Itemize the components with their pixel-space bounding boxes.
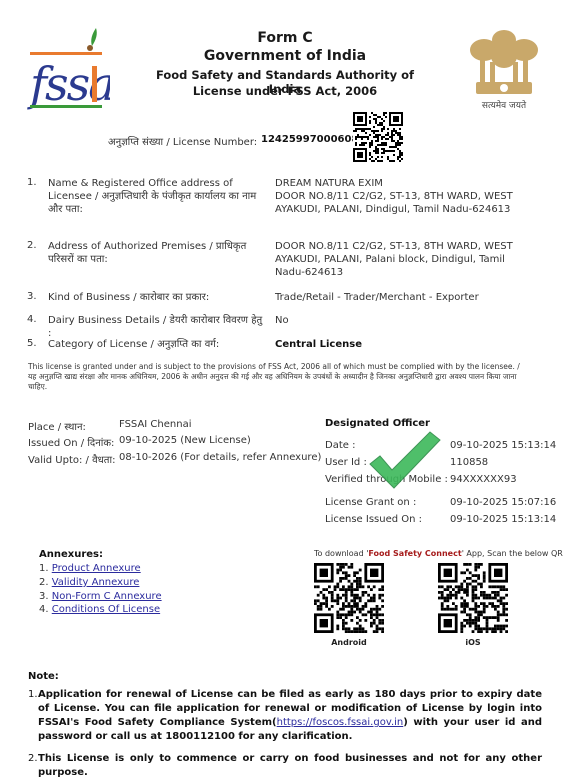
license-number-label: अनुज्ञप्ति संख्या / License Number: [108, 134, 257, 148]
license-conditions-text: This license is granted under and is sub… [28, 362, 528, 392]
item-label-category: Category of License / अनुज्ञप्ति का वर्ग… [48, 338, 263, 351]
item-number: 2. [27, 240, 37, 251]
item-label-licensee: Name & Registered Office address of Lice… [48, 177, 263, 216]
app-download-text: To download 'Food Safety Connect' App, S… [314, 549, 563, 558]
place-value: FSSAI Chennai [119, 419, 191, 430]
officer-date-value: 09-10-2025 15:13:14 [450, 440, 556, 451]
ios-label: iOS [438, 638, 508, 647]
license-number-value: 12425997000608 [261, 134, 358, 145]
license-issued-value: 09-10-2025 15:13:14 [450, 514, 556, 525]
app-download-prefix: To download ' [314, 549, 368, 558]
item-value-dairy: No [275, 314, 520, 327]
designated-officer-title: Designated Officer [325, 418, 430, 429]
government-title: Government of India [140, 48, 430, 64]
annexure-number: 4. [39, 604, 49, 615]
license-qr-code [353, 112, 403, 162]
license-issued-label: License Issued On : [325, 514, 422, 525]
license-grant-label: License Grant on : [325, 497, 416, 508]
product-annexure-link[interactable]: Product Annexure [52, 563, 141, 574]
item-value-premises: DOOR NO.8/11 C2/G2, ST-13, 8TH WARD, WES… [275, 240, 520, 279]
annexure-number: 2. [39, 577, 49, 588]
place-label: Place / स्थान: [28, 419, 86, 433]
fssai-logo: fssa [26, 26, 110, 110]
licensee-name: DREAM NATURA EXIM [275, 177, 520, 190]
item-label-dairy: Dairy Business Details / डेयरी कारोबार व… [48, 314, 263, 340]
verified-checkmark-icon [368, 430, 443, 490]
item-value-category: Central License [275, 338, 520, 351]
item-value-business: Trade/Retail - Trader/Merchant - Exporte… [275, 291, 520, 304]
note-number: 1. [28, 688, 38, 702]
app-name: Food Safety Connect [368, 549, 461, 558]
annexures-title: Annexures: [39, 549, 103, 560]
svg-text:fssa: fssa [27, 57, 110, 110]
officer-userid-value: 110858 [450, 457, 488, 468]
annexure-item: 2. Validity Annexure [39, 577, 139, 588]
form-title: Form C [140, 30, 430, 46]
annexure-item: 1. Product Annexure [39, 563, 141, 574]
licensee-address: DOOR NO.8/11 C2/G2, ST-13, 8TH WARD, WES… [275, 190, 520, 216]
validity-annexure-link[interactable]: Validity Annexure [52, 577, 140, 588]
item-label-business: Kind of Business / कारोबार का प्रकार: [48, 291, 263, 304]
note-item-renewal: 1. Application for renewal of License ca… [28, 688, 542, 744]
issued-label: Issued On / दिनांक: [28, 435, 114, 449]
foscos-link[interactable]: https://foscos.fssai.gov.in [277, 717, 404, 728]
note-item-purpose: 2. This License is only to commence or c… [28, 752, 542, 780]
conditions-of-license-link[interactable]: Conditions Of License [52, 604, 160, 615]
item-number: 5. [27, 338, 37, 349]
note-title: Note: [28, 671, 59, 682]
non-form-c-annexure-link[interactable]: Non-Form C Annexure [52, 591, 162, 602]
item-value-licensee: DREAM NATURA EXIM DOOR NO.8/11 C2/G2, ST… [275, 177, 520, 216]
issued-value: 09-10-2025 (New License) [119, 435, 251, 446]
android-qr-code[interactable] [314, 563, 384, 633]
annexure-number: 3. [39, 591, 49, 602]
ios-qr-code[interactable] [438, 563, 508, 633]
emblem-motto: सत्यमेव जयते [460, 98, 548, 111]
item-number: 3. [27, 291, 37, 302]
valid-label: Valid Upto: / वैधता: [28, 452, 115, 466]
android-label: Android [314, 638, 384, 647]
officer-userid-label: User Id : [325, 457, 367, 468]
officer-mobile-value: 94XXXXXX93 [450, 474, 517, 485]
license-grant-value: 09-10-2025 15:07:16 [450, 497, 556, 508]
act-title: License under FSS Act, 2006 [140, 84, 430, 98]
item-label-premises: Address of Authorized Premises / प्राधिक… [48, 240, 263, 266]
note-text: This License is only to commence or carr… [38, 752, 542, 780]
annexure-item: 3. Non-Form C Annexure [39, 591, 162, 602]
app-download-suffix: ' App, Scan the below QR [462, 549, 563, 558]
item-number: 1. [27, 177, 37, 188]
annexure-number: 1. [39, 563, 49, 574]
note-number: 2. [28, 752, 38, 766]
officer-date-label: Date : [325, 440, 355, 451]
annexure-item: 4. Conditions Of License [39, 604, 160, 615]
item-number: 4. [27, 314, 37, 325]
valid-value: 08-10-2026 (For details, refer Annexure) [119, 452, 321, 463]
